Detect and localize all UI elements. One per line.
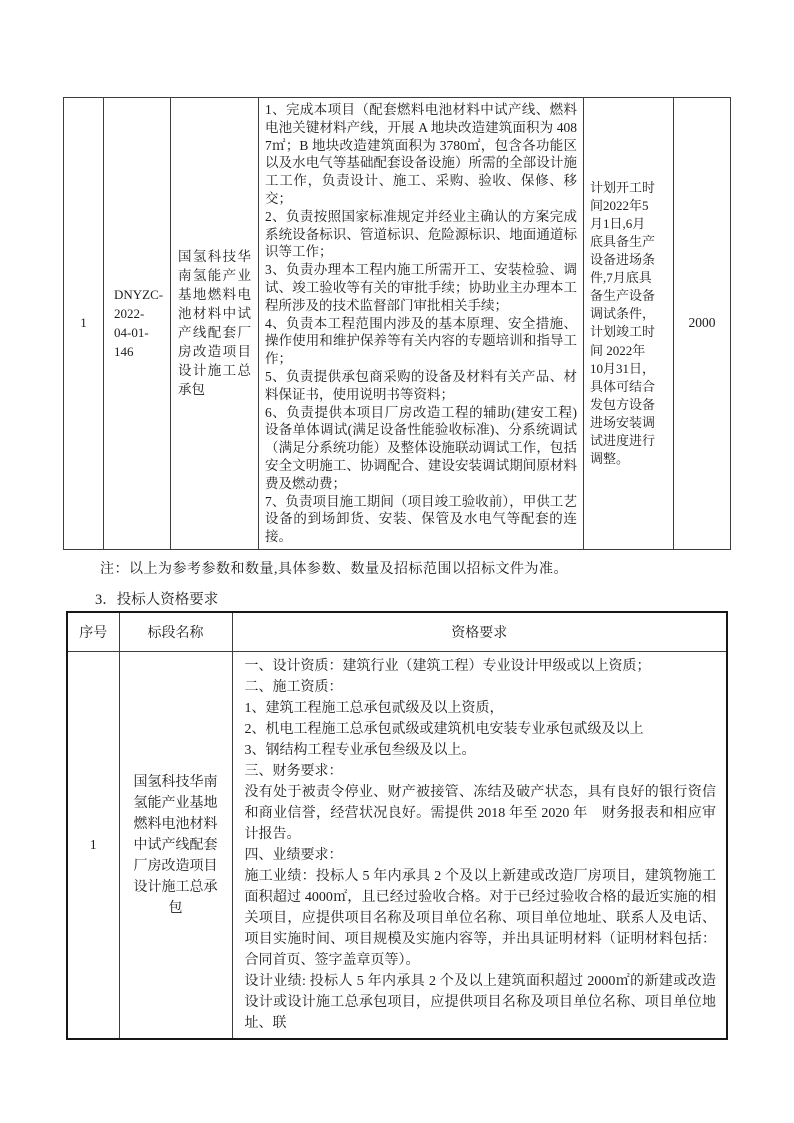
requirement-line: 一、设计资质：建筑行业（建筑工程）专业设计甲级或以上资质； — [245, 656, 717, 677]
sequence-number-cell: 1 — [67, 652, 119, 1040]
amount-cell: 2000 — [674, 98, 731, 550]
section-name-cell: 国氢科技华南氢能产业基地燃料电池材料中试产线配套厂房改造项目设计施工总承包 — [171, 98, 259, 550]
qualification-requirements-table: 序号 标段名称 资格要求 1 国氢科技华南氢能产业基地燃料电池材料中试产线配套厂… — [66, 611, 728, 1040]
requirement-line: 二、施工资质： — [245, 677, 717, 698]
project-scope-table: 1 DNYZC- 2022- 04-01- 146 国氢科技华南氢能产业基地燃料… — [63, 97, 731, 550]
scope-item: 3、负责办理本工程内施工所需开工、安装检验、调试、竣工验收等有关的审批手续；协助… — [265, 261, 577, 314]
section-code-cell: DNYZC- 2022- 04-01- 146 — [104, 98, 171, 550]
requirement-line: 设计业绩: 投标人 5 年内承具 2 个及以上建筑面积超过 2000㎡的新建或改… — [245, 971, 717, 1034]
table-row: 1 国氢科技华南氢能产业基地燃料电池材料中试产线配套厂房改造项目设计施工总承包 … — [67, 652, 727, 1040]
requirement-line: 1、建筑工程施工总承包贰级及以上资质， — [245, 698, 717, 719]
scope-item: 4、负责本工程范围内涉及的基本原理、安全措施、操作使用和维护保养等有关内容的专题… — [265, 315, 577, 368]
table-header-row: 序号 标段名称 资格要求 — [67, 612, 727, 652]
scope-item: 1、完成本项目（配套燃料电池材料中试产线、燃料电池关键材料产线，开展 A 地块改… — [265, 101, 577, 208]
sequence-number-cell: 1 — [64, 98, 104, 550]
header-qualification: 资格要求 — [232, 612, 727, 652]
requirement-line: 没有处于被责令停业、财产被接管、冻结及破产状态，具有良好的银行资信和商业信誉，经… — [245, 782, 717, 845]
requirement-line: 2、机电工程施工总承包贰级或建筑机电安装专业承包贰级及以上 — [245, 719, 717, 740]
requirement-line: 四、业绩要求： — [245, 845, 717, 866]
header-section-name: 标段名称 — [119, 612, 232, 652]
qualification-requirements-cell: 一、设计资质：建筑行业（建筑工程）专业设计甲级或以上资质；二、施工资质：1、建筑… — [232, 652, 727, 1040]
scope-item: 7、负责项目施工期间（项目竣工验收前），甲供工艺设备的到场卸货、安装、保管及水电… — [265, 493, 577, 546]
requirement-line: 3、钢结构工程专业承包叁级及以上。 — [245, 740, 717, 761]
reference-note: 注：以上为参考参数和数量,具体参数、数量及招标范围以招标文件为准。 — [100, 558, 568, 578]
scope-item: 5、负责提供承包商采购的设备及材料有关产品、材料保证书，使用说明书等资料； — [265, 368, 577, 404]
qualification-section-heading: 3．投标人资格要求 — [95, 588, 218, 609]
header-sequence: 序号 — [67, 612, 119, 652]
requirement-line: 施工业绩：投标人 5 年内承具 2 个及以上新建或改造厂房项目，建筑物施工面积超… — [245, 866, 717, 971]
table-row: 1 DNYZC- 2022- 04-01- 146 国氢科技华南氢能产业基地燃料… — [64, 98, 731, 550]
scope-item: 6、负责提供本项目厂房改造工程的辅助(建安工程)设备单体调试(满足设备性能验收标… — [265, 404, 577, 493]
tender-document-page: 1 DNYZC- 2022- 04-01- 146 国氢科技华南氢能产业基地燃料… — [0, 0, 794, 1123]
schedule-cell: 计划开工时 间2022年5 月1日,6月 底具备生产 设备进场条 件,7月底具 … — [584, 98, 674, 550]
scope-item: 2、负责按照国家标准规定并经业主确认的方案完成系统设备标识、管道标识、危险源标识… — [265, 208, 577, 261]
scope-of-work-cell: 1、完成本项目（配套燃料电池材料中试产线、燃料电池关键材料产线，开展 A 地块改… — [259, 98, 584, 550]
section-name-cell: 国氢科技华南氢能产业基地燃料电池材料中试产线配套厂房改造项目设计施工总承包 — [119, 652, 232, 1040]
requirement-line: 三、财务要求： — [245, 761, 717, 782]
